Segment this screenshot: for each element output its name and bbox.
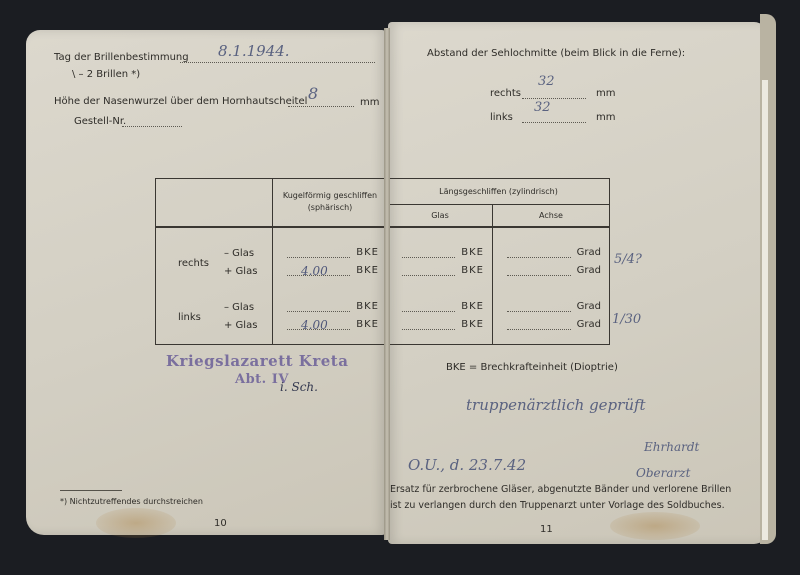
left-plus-cyl: BKE <box>388 316 492 334</box>
header-spherical: Kugelförmig geschliffen (sphärisch) <box>273 179 388 227</box>
replacement-notice-line1: Ersatz für zerbrochene Gläser, abgenutzt… <box>390 484 731 495</box>
left-plus-glas: + Glas <box>224 320 257 331</box>
handwritten-signature: Ehrhardt <box>644 440 699 454</box>
pupil-left-unit: mm <box>596 112 615 123</box>
nose-height-line <box>288 106 354 107</box>
eye-right-label: rechts <box>178 258 209 269</box>
left-minus-glas: – Glas <box>224 302 254 313</box>
pupil-right-label: rechts <box>490 88 521 99</box>
stamp-signature: i. Sch. <box>280 380 318 394</box>
handwritten-rank: Oberarzt <box>636 466 690 480</box>
bke-legend: BKE = Brechkrafteinheit (Dioptrie) <box>446 362 618 373</box>
handwritten-date: O.U., d. 23.7.42 <box>408 456 526 474</box>
right-plus-axis: Grad <box>493 262 609 280</box>
pupil-distance-label: Abstand der Sehlochmitte (beim Blick in … <box>427 48 685 59</box>
prescription-table: Kugelförmig geschliffen (sphärisch) Läng… <box>155 178 610 345</box>
pupil-right-unit: mm <box>596 88 615 99</box>
axis-cell: Grad Grad Grad Grad <box>493 227 610 345</box>
right-minus-glas: – Glas <box>224 248 254 259</box>
header-spherical-line1: Kugelförmig geschliffen <box>273 190 387 202</box>
left-plus-axis: Grad <box>493 316 609 334</box>
left-minus-cyl: BKE <box>388 298 492 316</box>
right-plus-glas: + Glas <box>224 266 257 277</box>
date-value: 8.1.1944. <box>218 42 290 60</box>
book-spine <box>384 28 390 540</box>
spherical-values-cell: BKE 4.00BKE BKE 4.00BKE <box>273 227 388 345</box>
eye-labels-cell: rechts – Glas + Glas links – Glas + Glas <box>156 227 273 345</box>
nose-height-value: 8 <box>308 84 318 103</box>
pupil-right-value: 32 <box>538 74 555 89</box>
date-line <box>180 62 375 63</box>
page-number-left: 10 <box>214 518 227 529</box>
page-number-right: 11 <box>540 524 553 535</box>
margin-note-right: 5/4? <box>614 252 642 267</box>
right-minus-spherical: BKE <box>273 244 387 262</box>
eye-left-label: links <box>178 312 201 323</box>
right-plus-spherical: 4.00BKE <box>273 262 387 280</box>
nose-height-unit: mm <box>360 97 379 108</box>
frame-number-label: Gestell-Nr. <box>74 116 126 127</box>
frame-number-line <box>122 126 182 127</box>
soldbuch-open-book: Tag der Brillenbestimmung 8.1.1944. \ – … <box>0 0 800 575</box>
left-minus-axis: Grad <box>493 298 609 316</box>
right-plus-cyl: BKE <box>388 262 492 280</box>
handwritten-note: truppenärztlich geprüft <box>466 396 646 414</box>
hospital-stamp: Kriegslazarett Kreta <box>166 352 348 370</box>
header-glas: Glas <box>388 205 493 227</box>
margin-note-left: 1/30 <box>612 312 641 327</box>
cylindrical-glas-cell: BKE BKE BKE BKE <box>388 227 493 345</box>
right-minus-cyl: BKE <box>388 244 492 262</box>
table-corner-cell <box>156 179 273 227</box>
header-spherical-line2: (sphärisch) <box>273 202 387 214</box>
pupil-left-value: 32 <box>534 100 551 115</box>
brillen-note: \ – 2 Brillen *) <box>72 69 140 80</box>
footnote: *) Nichtzutreffendes durchstreichen <box>60 497 203 506</box>
stain <box>96 508 176 538</box>
nose-height-label: Höhe der Nasenwurzel über dem Hornhautsc… <box>54 96 307 107</box>
header-cylindrical: Längsgeschliffen (zylindrisch) <box>388 179 610 205</box>
header-achse: Achse <box>493 205 610 227</box>
page-stack-edge-light <box>762 80 768 540</box>
pupil-left-label: links <box>490 112 513 123</box>
right-minus-axis: Grad <box>493 244 609 262</box>
left-minus-spherical: BKE <box>273 298 387 316</box>
left-plus-spherical: 4.00BKE <box>273 316 387 334</box>
pupil-left-line <box>522 122 586 123</box>
date-label: Tag der Brillenbestimmung <box>54 52 189 63</box>
footnote-divider <box>60 490 122 491</box>
stain <box>610 512 700 540</box>
replacement-notice-line2: ist zu verlangen durch den Truppenarzt u… <box>390 500 725 511</box>
pupil-right-line <box>522 98 586 99</box>
